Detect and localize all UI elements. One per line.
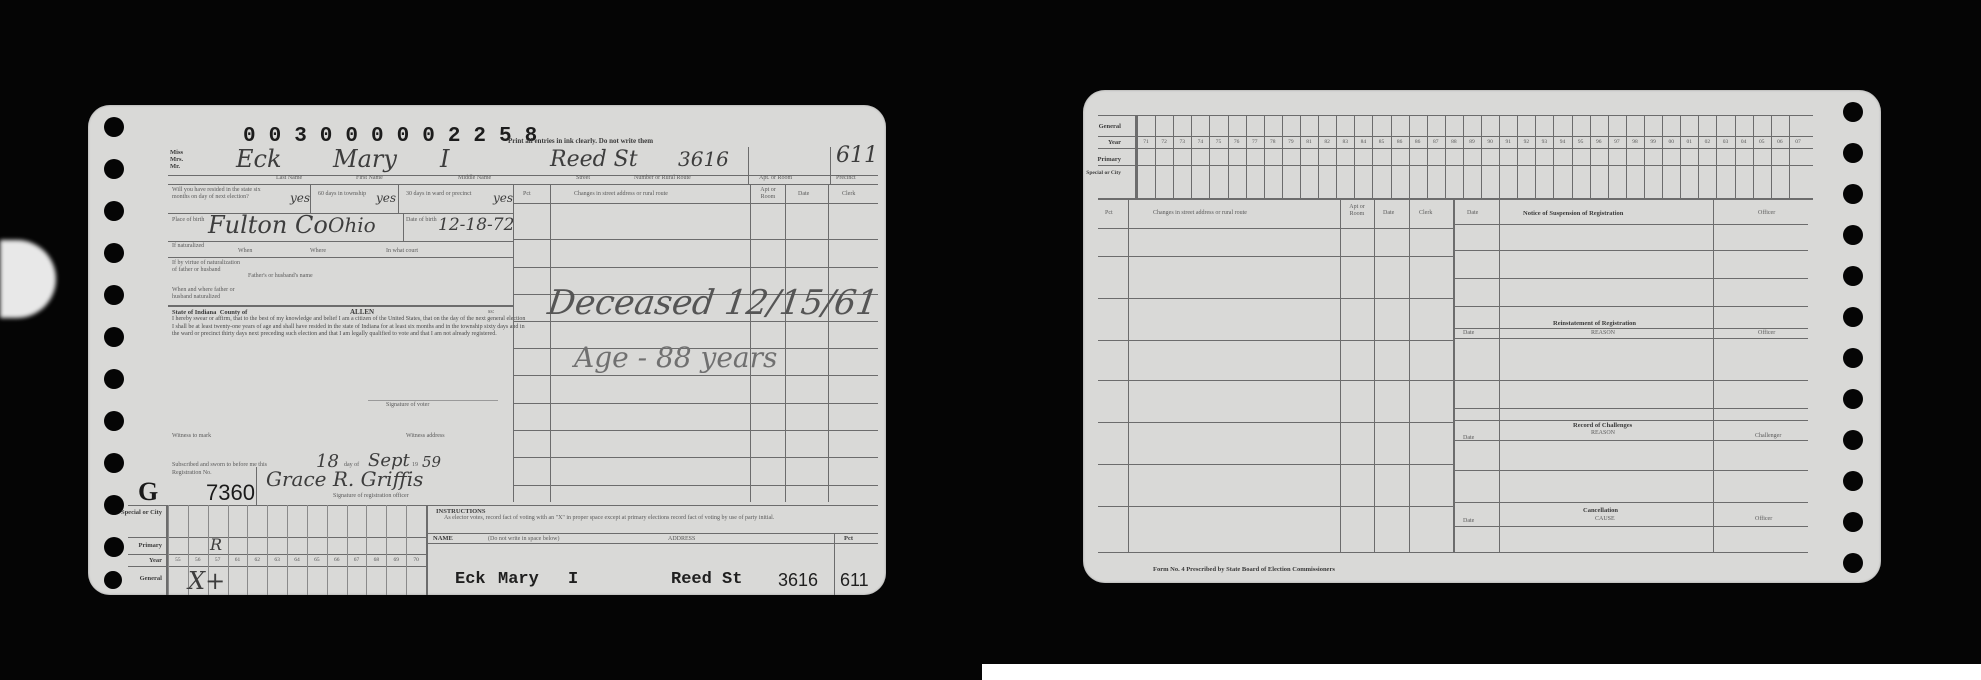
first-name: Mary bbox=[333, 145, 397, 173]
header-clerk: Clerk bbox=[842, 191, 855, 198]
label-registration-officer: Signature of registration officer bbox=[333, 493, 409, 500]
back-voting-grid: 7172737475767778798182838485868687888990… bbox=[1137, 115, 1807, 199]
punch-hole bbox=[1843, 512, 1863, 532]
cancellation-header-date: Date bbox=[1463, 518, 1474, 525]
registration-card-front: 003000002258 Print all entries in ink cl… bbox=[88, 105, 886, 595]
punch-hole bbox=[104, 243, 124, 263]
label-witness: Witness to mark bbox=[172, 433, 211, 440]
typed-street: Reed St bbox=[671, 570, 742, 589]
label-where: Where bbox=[310, 248, 326, 255]
label-naturalized: If naturalized bbox=[172, 243, 204, 250]
year-cell: 70 bbox=[409, 557, 423, 563]
front-year-row: 55565761626364656667686970 bbox=[168, 555, 426, 567]
year-cell: 72 bbox=[1157, 139, 1171, 145]
birth-state: Ohio bbox=[328, 213, 376, 237]
typed-last-name: Eck bbox=[455, 570, 486, 589]
label-registration-no: Registration No. bbox=[172, 470, 212, 477]
subscribed-year: 59 bbox=[422, 453, 441, 471]
punch-hole bbox=[104, 117, 124, 137]
year-cell: 84 bbox=[1356, 139, 1370, 145]
year-cell: 79 bbox=[1284, 139, 1298, 145]
back-row-general: General bbox=[1077, 123, 1121, 130]
punch-hole bbox=[1843, 471, 1863, 491]
punch-hole bbox=[1843, 266, 1863, 286]
last-name: Eck bbox=[236, 145, 282, 173]
general-mark: X+ bbox=[188, 567, 225, 595]
label-street: Street bbox=[576, 175, 590, 182]
residency-state-question: Will you have resided in the state six m… bbox=[172, 187, 272, 201]
label-parent-name: Father's or husband's name bbox=[248, 273, 313, 280]
year-cell: 87 bbox=[1429, 139, 1443, 145]
middle-name: I bbox=[440, 145, 449, 173]
label-by-virtue: If by virtue of naturalization of father… bbox=[172, 260, 242, 274]
punch-hole bbox=[104, 453, 124, 473]
scan-margin bbox=[982, 664, 1981, 680]
label-date-of-birth: Date of birth bbox=[406, 217, 437, 224]
header-pct: Pct bbox=[523, 191, 531, 198]
year-cell: 68 bbox=[369, 557, 383, 563]
year-cell: 04 bbox=[1737, 139, 1751, 145]
punch-hole bbox=[104, 327, 124, 347]
year-cell: 66 bbox=[330, 557, 344, 563]
year-cell: 88 bbox=[1447, 139, 1461, 145]
punch-hole bbox=[1843, 430, 1863, 450]
cancellation-header-cause: CAUSE bbox=[1595, 516, 1615, 523]
punch-hole bbox=[1843, 389, 1863, 409]
year-cell: 89 bbox=[1465, 139, 1479, 145]
year-cell: 86 bbox=[1411, 139, 1425, 145]
year-cell: 64 bbox=[290, 557, 304, 563]
header-date: Date bbox=[798, 191, 809, 198]
reinstatement-title: Reinstatement of Registration bbox=[1553, 320, 1636, 327]
year-cell: 03 bbox=[1719, 139, 1733, 145]
year-cell: 82 bbox=[1320, 139, 1334, 145]
label-precinct: Precinct bbox=[836, 175, 856, 182]
year-cell: 56 bbox=[191, 557, 205, 563]
label-name: NAME bbox=[433, 535, 453, 542]
residency-state-answer: yes bbox=[290, 191, 310, 205]
challenges-header-challenger: Challenger bbox=[1755, 433, 1781, 440]
back-header-changes: Changes in street address or rural route bbox=[1153, 210, 1247, 217]
registration-officer-signature: Grace R. Griffis bbox=[266, 467, 423, 491]
label-last-name: Last Name bbox=[276, 175, 302, 182]
year-cell: 71 bbox=[1139, 139, 1153, 145]
year-cell: 06 bbox=[1773, 139, 1787, 145]
year-cell: 99 bbox=[1646, 139, 1660, 145]
suspension-header-date: Date bbox=[1467, 210, 1478, 217]
title-prefix: Miss Mrs. Mr. bbox=[170, 149, 183, 170]
row-label-general: General bbox=[118, 575, 162, 582]
punch-hole bbox=[104, 285, 124, 305]
street: Reed St bbox=[550, 147, 638, 172]
back-row-year: Year bbox=[1077, 139, 1121, 146]
row-label-primary: Primary bbox=[118, 542, 162, 549]
year-cell: 97 bbox=[1610, 139, 1624, 145]
year-cell: 02 bbox=[1700, 139, 1714, 145]
label-first-name: First Name bbox=[356, 175, 383, 182]
year-cell: 01 bbox=[1682, 139, 1696, 145]
cancellation-title: Cancellation bbox=[1583, 507, 1618, 514]
instructions-text: As elector votes, record fact of voting … bbox=[444, 515, 844, 522]
punch-hole bbox=[1843, 102, 1863, 122]
punch-hole bbox=[1843, 348, 1863, 368]
year-cell: 67 bbox=[350, 557, 364, 563]
label-apt: Apt. or Room bbox=[759, 175, 792, 182]
instructions-title: INSTRUCTIONS bbox=[436, 508, 486, 515]
label-pct: Pct bbox=[844, 535, 853, 542]
year-cell: 07 bbox=[1791, 139, 1805, 145]
oath-state: State of Indiana County of bbox=[172, 309, 247, 316]
header-apt: Apt or Room bbox=[754, 187, 782, 201]
typed-middle-name: I bbox=[568, 570, 578, 589]
year-cell: 74 bbox=[1193, 139, 1207, 145]
year-cell: 95 bbox=[1574, 139, 1588, 145]
scan-artifact bbox=[0, 240, 56, 318]
punch-hole bbox=[1843, 143, 1863, 163]
registration-prefix: G bbox=[138, 477, 158, 507]
back-header-clerk: Clerk bbox=[1419, 210, 1432, 217]
oath-county: ALLEN bbox=[350, 308, 374, 316]
year-cell: 91 bbox=[1501, 139, 1515, 145]
year-cell: 61 bbox=[230, 557, 244, 563]
label-signature-of-voter: Signature of voter bbox=[386, 402, 429, 409]
label-middle-name: Middle Name bbox=[458, 175, 491, 182]
registration-number: 7360 bbox=[206, 480, 255, 506]
row-label-year: Year bbox=[118, 557, 162, 564]
birth-county: Fulton Co bbox=[208, 211, 328, 239]
punch-hole bbox=[1843, 553, 1863, 573]
punch-hole bbox=[1843, 307, 1863, 327]
reinstatement-header-officer: Officer bbox=[1758, 330, 1775, 337]
year-cell: 62 bbox=[250, 557, 264, 563]
label-when: When bbox=[238, 248, 252, 255]
suspension-header-officer: Officer bbox=[1758, 210, 1775, 217]
year-cell: 85 bbox=[1374, 139, 1388, 145]
punch-hole bbox=[104, 159, 124, 179]
challenges-title: Record of Challenges bbox=[1573, 422, 1632, 429]
back-row-primary: Primary bbox=[1077, 156, 1121, 163]
punch-hole bbox=[104, 369, 124, 389]
reinstatement-header-date: Date bbox=[1463, 330, 1474, 337]
back-header-date: Date bbox=[1383, 210, 1394, 217]
punch-hole bbox=[104, 411, 124, 431]
typed-number: 3616 bbox=[778, 570, 818, 591]
typed-pct: 611 bbox=[840, 570, 869, 591]
punch-hole bbox=[1843, 184, 1863, 204]
year-cell: 78 bbox=[1266, 139, 1280, 145]
residency-precinct-question: 30 days in ward or precinct bbox=[406, 191, 471, 198]
year-cell: 93 bbox=[1537, 139, 1551, 145]
label-do-not-write: (Do not write in space below) bbox=[488, 536, 559, 543]
street-number: 3616 bbox=[678, 147, 729, 171]
label-court: In what court bbox=[386, 248, 418, 255]
year-cell: 92 bbox=[1519, 139, 1533, 145]
year-cell: 00 bbox=[1664, 139, 1678, 145]
year-cell: 75 bbox=[1211, 139, 1225, 145]
back-header-pct: Pct bbox=[1105, 210, 1113, 217]
typed-first-name: Mary bbox=[498, 570, 539, 589]
year-cell: 55 bbox=[171, 557, 185, 563]
label-parent-when-where: When and where father or husband natural… bbox=[172, 287, 252, 301]
year-cell: 76 bbox=[1230, 139, 1244, 145]
oath-text: I hereby swear or affirm, that to the be… bbox=[172, 316, 527, 339]
year-cell: 77 bbox=[1248, 139, 1262, 145]
label-witness-address: Witness address bbox=[406, 433, 445, 440]
year-cell: 94 bbox=[1556, 139, 1570, 145]
note-age: Age - 88 years bbox=[574, 341, 777, 374]
challenges-header-reason: REASON bbox=[1591, 430, 1615, 437]
year-cell: 83 bbox=[1338, 139, 1352, 145]
year-cell: 98 bbox=[1628, 139, 1642, 145]
note-deceased: Deceased 12/15/61 bbox=[545, 283, 880, 323]
year-cell: 69 bbox=[389, 557, 403, 563]
header-changes: Changes in street address or rural route bbox=[574, 191, 668, 198]
year-cell: 96 bbox=[1592, 139, 1606, 145]
residency-township-question: 60 days in township bbox=[318, 191, 366, 198]
date-of-birth: 12-18-72 bbox=[438, 215, 514, 235]
row-label-special: Special or City bbox=[118, 509, 162, 516]
header-instruction: Print all entries in ink clearly. Do not… bbox=[508, 137, 653, 145]
cancellation-header-officer: Officer bbox=[1755, 516, 1772, 523]
residency-precinct-answer: yes bbox=[493, 191, 513, 205]
oath-ss: ss: bbox=[488, 309, 494, 316]
form-footer: Form No. 4 Prescribed by State Board of … bbox=[1153, 566, 1335, 573]
label-number: Number or Rural Route bbox=[634, 175, 691, 182]
punch-hole bbox=[104, 201, 124, 221]
label-address: ADDRESS bbox=[668, 536, 695, 543]
year-cell: 63 bbox=[270, 557, 284, 563]
back-header-apt: Apt or Room bbox=[1342, 204, 1372, 218]
year-cell: 57 bbox=[211, 557, 225, 563]
reinstatement-header-reason: REASON bbox=[1591, 330, 1615, 337]
primary-mark-57: R bbox=[210, 535, 222, 554]
precinct: 611 bbox=[836, 143, 878, 168]
suspension-header-notice: Notice of Suspension of Registration bbox=[1523, 210, 1623, 217]
punch-hole bbox=[1843, 225, 1863, 245]
year-cell: 05 bbox=[1755, 139, 1769, 145]
label-subscribed: Subscribed and sworn to before me this bbox=[172, 462, 267, 469]
year-cell: 81 bbox=[1302, 139, 1316, 145]
residency-township-answer: yes bbox=[376, 191, 396, 205]
registration-card-back: General Year Primary Special or City 717… bbox=[1083, 90, 1881, 583]
back-row-special: Special or City bbox=[1077, 170, 1121, 177]
label-place-of-birth: Place of birth bbox=[172, 217, 204, 224]
year-cell: 90 bbox=[1483, 139, 1497, 145]
year-cell: 65 bbox=[310, 557, 324, 563]
year-cell: 73 bbox=[1175, 139, 1189, 145]
year-cell: 86 bbox=[1393, 139, 1407, 145]
